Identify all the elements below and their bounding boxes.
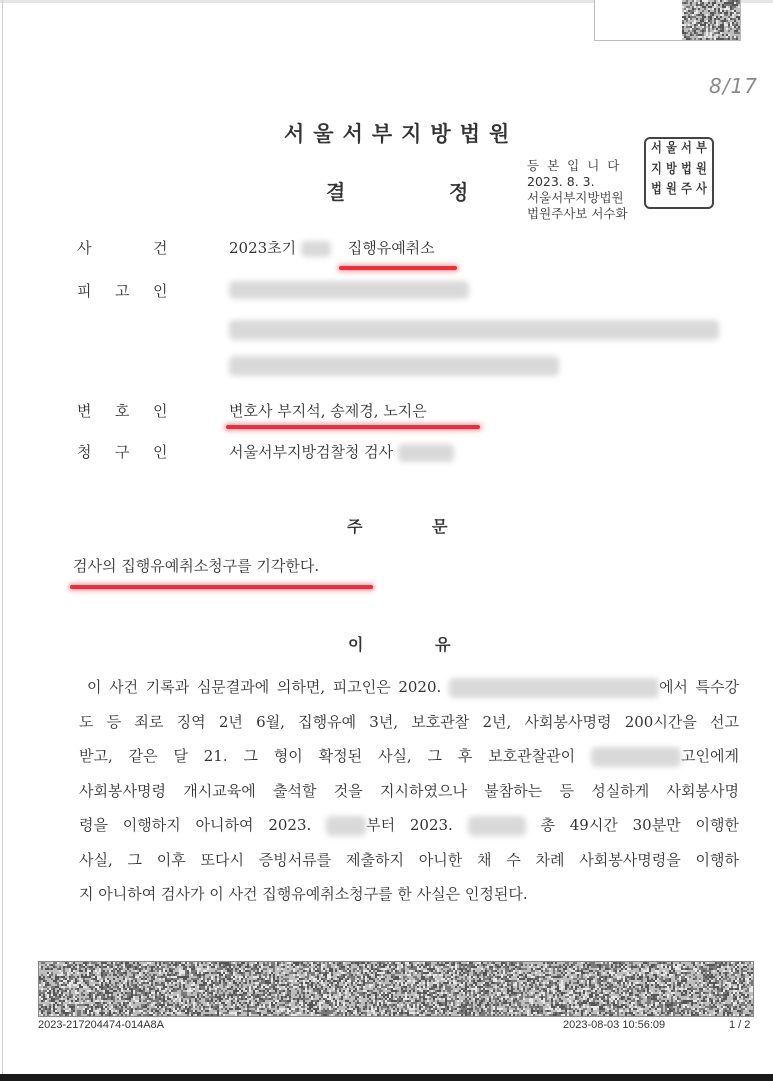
reasons-heading-char-2: 유 <box>435 632 450 655</box>
highlight-underline <box>226 425 480 429</box>
page-number: 1 / 2 <box>729 1019 750 1031</box>
document-2d-barcode <box>38 961 754 1017</box>
page-left-edge <box>2 0 3 1074</box>
top-stamp-box <box>594 0 741 41</box>
redacted-address-2 <box>229 356 559 376</box>
ruling-heading-char-2: 문 <box>432 514 447 537</box>
reason-line: 받고, 같은 달 21. 그 형이 확정된 사실, 그 후 보호관찰관이 고인에… <box>79 739 739 774</box>
redacted-block <box>398 444 454 462</box>
doc-title-char-2: 정 <box>449 176 468 205</box>
certified-date: 2023. 8. 3. <box>527 174 628 190</box>
reason-line: 사실, 그 이후 또다시 증빙서류를 제출하지 아니한 채 수 차례 사회봉사명… <box>79 843 739 878</box>
ruling-heading-char-1: 주 <box>347 514 362 537</box>
defendant-redacted <box>229 280 469 299</box>
reason-line: 령을 이행하지 아니하여 2023. 부터 2023. 총 49시간 30분만 … <box>79 808 739 843</box>
reason-line: 지 아니하여 검사가 이 사건 집행유예취소청구를 한 사실은 인정된다. <box>79 877 739 912</box>
handwritten-note: 8/17 <box>709 74 758 98</box>
counsel-names: 변호사 부지석, 송제경, 노지은 <box>229 400 427 421</box>
party-row-case: 사건 2023초기 집행유예취소 <box>0 237 773 263</box>
certified-clerk: 법원주사보 서수화 <box>527 206 628 222</box>
highlight-underline <box>70 585 373 589</box>
case-type: 집행유예취소 <box>348 239 435 257</box>
bottom-border <box>0 1074 773 1081</box>
redacted-address <box>229 320 719 340</box>
certified-copy-note: 등본입니다 2023. 8. 3. 서울서부지방법원 법원주사보 서수화 <box>527 158 628 222</box>
party-label: 사건 <box>77 237 191 258</box>
party-label: 피고인 <box>77 280 191 301</box>
ruling-text: 검사의 집행유예취소청구를 기각한다. <box>73 555 319 576</box>
reason-line: 이 사건 기록과 심문결과에 의하면, 피고인은 2020. 에서 특수강 <box>79 670 739 705</box>
petitioner: 서울서부지방검찰청 검사 <box>229 441 454 462</box>
court-seal-stamp: 서울서부지방법원법원주사 <box>644 137 714 209</box>
reasons-heading-char-1: 이 <box>348 632 363 655</box>
party-row-counsel: 변호인 변호사 부지석, 송제경, 노지은 <box>0 400 773 426</box>
document-id: 2023-217204474-014A8A <box>38 1019 164 1031</box>
doc-title-char-1: 결 <box>326 176 345 205</box>
top-barcode-noise <box>682 0 740 40</box>
certified-court: 서울서부지방법원 <box>527 190 628 206</box>
case-number: 2023초기 집행유예취소 <box>229 237 435 258</box>
reasons-body: 이 사건 기록과 심문결과에 의하면, 피고인은 2020. 에서 특수강 도 … <box>79 670 739 912</box>
party-row-defendant: 피고인 <box>0 280 773 306</box>
issue-timestamp: 2023-08-03 10:56:09 <box>563 1019 665 1031</box>
party-label: 청구인 <box>77 441 191 462</box>
court-name: 서울서부지방법원 <box>284 118 518 148</box>
certified-copy-label: 등본입니다 <box>527 158 628 174</box>
reason-line: 도 등 죄로 징역 2년 6월, 집행유예 3년, 보호관찰 2년, 사회봉사명… <box>79 705 739 740</box>
reason-line: 사회봉사명령 개시교육에 출석할 것을 지시하였으나 불참하는 등 성실하게 사… <box>79 774 739 809</box>
party-row-petitioner: 청구인 서울서부지방검찰청 검사 <box>0 441 773 467</box>
party-label: 변호인 <box>77 400 191 421</box>
redacted-block <box>301 241 331 257</box>
highlight-underline <box>339 266 457 270</box>
